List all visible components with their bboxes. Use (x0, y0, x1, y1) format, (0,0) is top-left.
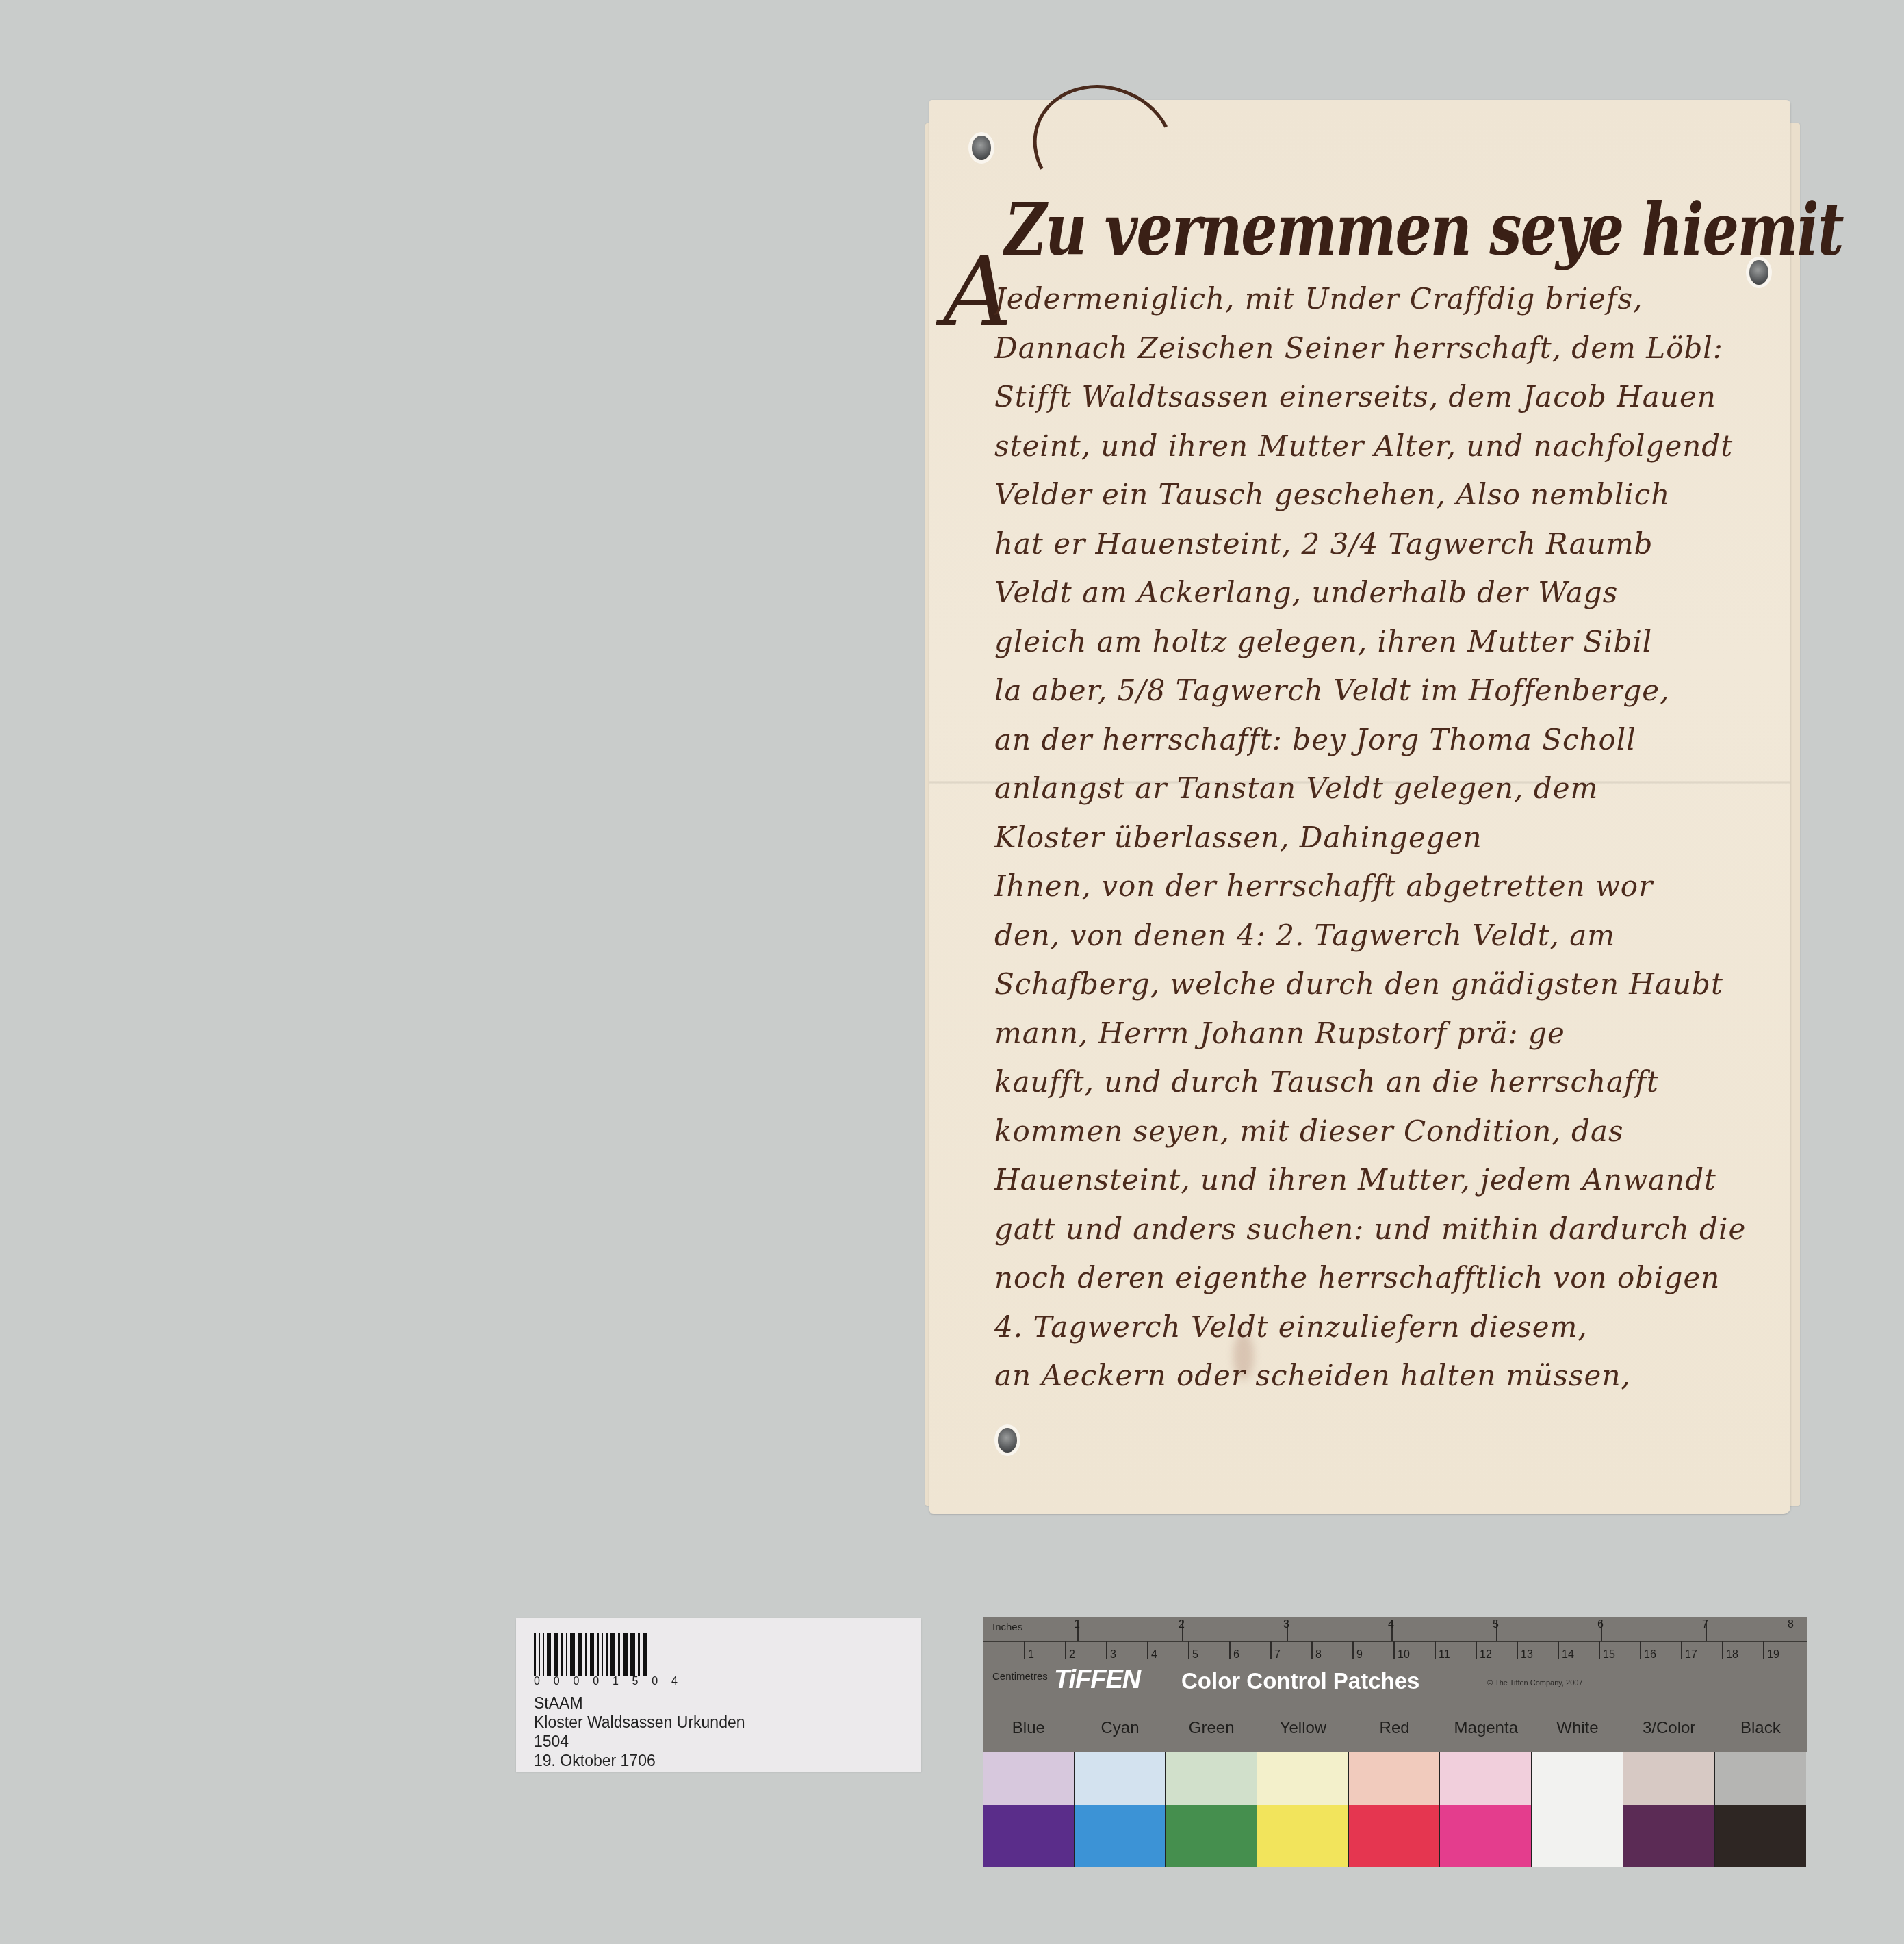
handwritten-text-body: Jedermeniglich, mit Under Craffdig brief… (994, 274, 1761, 1401)
text-line: Hauensteint, und ihren Mutter, jedem Anw… (994, 1155, 1761, 1205)
cm-tick-label: 10 (1398, 1649, 1410, 1661)
patch-cyan (1075, 1752, 1166, 1867)
rivet-top-left-icon (972, 136, 991, 160)
cm-tick-label: 1 (1028, 1649, 1034, 1661)
patch-black (1715, 1752, 1807, 1867)
barcode-digit: 4 (671, 1676, 678, 1688)
patch-label: Red (1349, 1719, 1441, 1738)
tiffen-logo: TiFFEN (1054, 1665, 1140, 1695)
cm-tick-label: 7 (1274, 1649, 1281, 1661)
cm-tick-label: 16 (1644, 1649, 1656, 1661)
label-collection: Kloster Waldsassen Urkunden (534, 1713, 745, 1732)
cm-tick-label: 14 (1562, 1649, 1574, 1661)
patch-green (1166, 1752, 1257, 1867)
text-line: Schafberg, welche durch den gnädigsten H… (994, 960, 1761, 1009)
patch-3color (1623, 1752, 1715, 1867)
copyright-text: © The Tiffen Company, 2007 (1487, 1679, 1583, 1687)
patch-red (1349, 1752, 1441, 1867)
text-line: Dannach Zeischen Seiner herrschaft, dem … (994, 324, 1761, 373)
cm-tick-label: 19 (1767, 1649, 1779, 1661)
text-line: gatt und anders suchen: und mithin dardu… (994, 1205, 1761, 1254)
barcode-digits: 0 0 0 0 1 5 0 4 (534, 1676, 678, 1688)
text-line: Veldt am Ackerlang, underhalb der Wags (994, 568, 1761, 617)
text-line: steint, und ihren Mutter Alter, und nach… (994, 422, 1761, 471)
inch-tick-label: 3 (1283, 1619, 1289, 1631)
text-line: Velder ein Tausch geschehen, Also nembli… (994, 470, 1761, 520)
barcode-digit: 0 (652, 1676, 658, 1688)
text-line: hat er Hauensteint, 2 3/4 Tagwerch Raumb (994, 520, 1761, 569)
cm-tick-label: 12 (1480, 1649, 1492, 1661)
rivet-bottom-left-icon (998, 1428, 1017, 1453)
color-control-chart: Inches 1 2 3 4 5 6 7 8 1 2 (983, 1617, 1807, 1867)
label-number: 1504 (534, 1732, 745, 1751)
document-sheet: A Zu vernemmen seye hiemit Jedermeniglic… (929, 100, 1790, 1514)
barcode-digit: 0 (554, 1676, 560, 1688)
barcode-digit: 0 (534, 1676, 540, 1688)
inch-tick-label: 7 (1702, 1619, 1708, 1631)
cm-tick-label: 11 (1439, 1649, 1450, 1661)
archive-label: 0 0 0 0 1 5 0 4 StAAM Kloster Waldsassen… (516, 1618, 921, 1772)
patch-label: 3/Color (1623, 1719, 1715, 1738)
cm-tick-label: 4 (1151, 1649, 1157, 1661)
barcode-digit: 0 (573, 1676, 579, 1688)
document-heading: Zu vernemmen seye hiemit (1005, 188, 1771, 272)
inch-tick-label: 2 (1179, 1619, 1185, 1631)
cm-tick-label: 2 (1069, 1649, 1075, 1661)
text-line: kommen seyen, mit dieser Condition, das (994, 1107, 1761, 1156)
barcode-icon (534, 1633, 650, 1676)
chart-title: Color Control Patches (1181, 1668, 1419, 1694)
cm-ruler: 1 2 3 4 5 6 7 8 9 10 11 12 13 14 15 16 1… (983, 1641, 1807, 1667)
inch-tick-label: 5 (1493, 1619, 1499, 1631)
cm-tick-label: 17 (1685, 1649, 1697, 1661)
text-line: Ihnen, von der herrschafft abgetretten w… (994, 862, 1761, 911)
cm-tick-label: 15 (1603, 1649, 1615, 1661)
cm-tick-label: 9 (1356, 1649, 1363, 1661)
text-line: Jedermeniglich, mit Under Craffdig brief… (994, 274, 1761, 324)
text-line: Stifft Waldtsassen einerseits, dem Jacob… (994, 372, 1761, 422)
text-line: 4. Tagwerch Veldt einzuliefern diesem, (994, 1303, 1761, 1352)
label-archive: StAAM (534, 1693, 745, 1713)
patch-label: Cyan (1075, 1719, 1166, 1738)
patch-label: Magenta (1440, 1719, 1532, 1738)
text-line: la aber, 5/8 Tagwerch Veldt im Hoffenber… (994, 666, 1761, 715)
inch-tick-label: 1 (1074, 1619, 1080, 1631)
cm-tick-label: 5 (1192, 1649, 1198, 1661)
patch-label: Yellow (1257, 1719, 1349, 1738)
patch-blue (983, 1752, 1075, 1867)
patch-label: Green (1166, 1719, 1257, 1738)
text-line: anlangst ar Tanstan Veldt gelegen, dem (994, 764, 1761, 813)
text-line: an Aeckern oder scheiden halten müssen, (994, 1351, 1761, 1401)
text-line: Kloster überlassen, Dahingegen (994, 813, 1761, 862)
patch-magenta (1440, 1752, 1532, 1867)
cm-tick-label: 13 (1521, 1649, 1533, 1661)
inch-ruler: Inches 1 2 3 4 5 6 7 8 (983, 1617, 1807, 1642)
barcode-digit: 5 (632, 1676, 639, 1688)
inch-tick-label: 4 (1388, 1619, 1394, 1631)
text-line: an der herrschafft: bey Jorg Thoma Schol… (994, 715, 1761, 765)
cm-tick-label: 6 (1233, 1649, 1239, 1661)
label-date: 19. Oktober 1706 (534, 1751, 745, 1770)
barcode-digit: 0 (593, 1676, 599, 1688)
patch-labels: Blue Cyan Green Yellow Red Magenta White… (983, 1719, 1807, 1738)
text-line: kaufft, und durch Tausch an die herrscha… (994, 1058, 1761, 1107)
patch-yellow (1257, 1752, 1349, 1867)
patch-label: White (1532, 1719, 1623, 1738)
inch-tick-label: 8 (1788, 1619, 1794, 1631)
patch-label: Blue (983, 1719, 1075, 1738)
centimetres-label: Centimetres (992, 1671, 1048, 1683)
inches-label: Inches (992, 1622, 1022, 1633)
cm-tick-label: 8 (1315, 1649, 1322, 1661)
cm-tick-label: 18 (1726, 1649, 1738, 1661)
barcode-digit: 1 (613, 1676, 619, 1688)
text-line: den, von denen 4: 2. Tagwerch Veldt, am (994, 911, 1761, 960)
patch-white (1532, 1752, 1623, 1867)
inch-tick-label: 6 (1597, 1619, 1604, 1631)
chart-header: Inches 1 2 3 4 5 6 7 8 1 2 (983, 1617, 1807, 1752)
text-line: gleich am holtz gelegen, ihren Mutter Si… (994, 617, 1761, 667)
patch-label: Black (1715, 1719, 1807, 1738)
color-patches (983, 1752, 1807, 1867)
text-line: mann, Herrn Johann Rupstorf prä: ge (994, 1009, 1761, 1058)
text-line: noch deren eigenthe herrschafftlich von … (994, 1253, 1761, 1303)
cm-tick-label: 3 (1110, 1649, 1116, 1661)
